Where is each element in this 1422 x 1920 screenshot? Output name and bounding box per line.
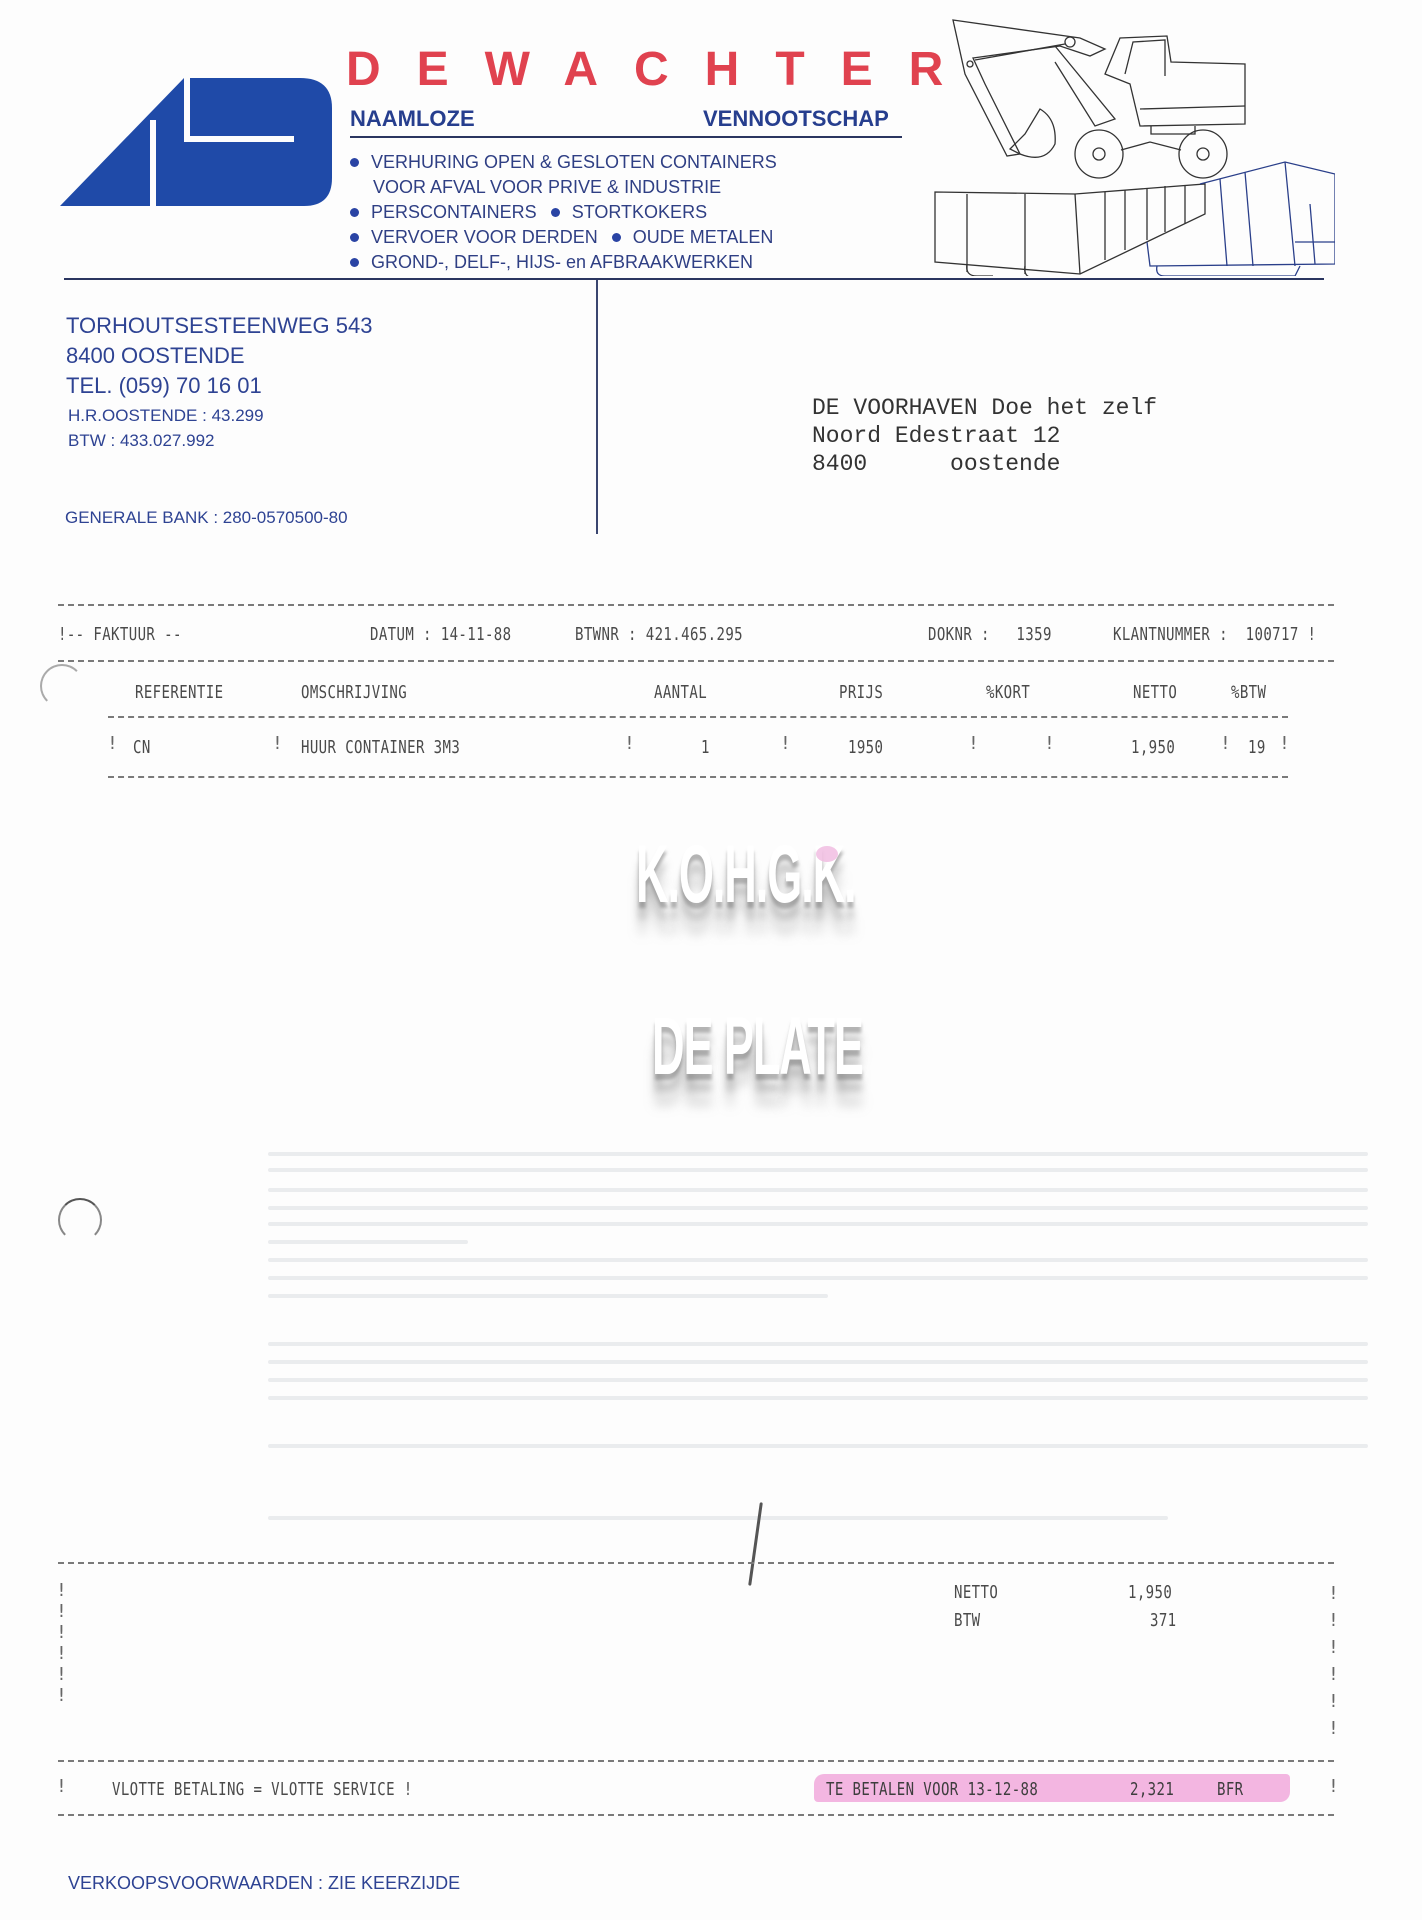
bullet-icon [350, 158, 359, 167]
legal-form-left: NAAMLOZE [350, 106, 475, 132]
cell-aantal: 1 [701, 737, 710, 758]
service-line: VERVOER VOOR DERDENOUDE METALEN [350, 227, 773, 248]
col-header-netto: NETTO [1133, 682, 1177, 703]
footer-border [58, 1814, 1334, 1816]
cell-btw: 19 [1248, 737, 1266, 758]
sender-vat: BTW : 433.027.992 [68, 431, 214, 451]
totals-border [58, 1562, 1334, 1564]
box-edge: ! [56, 1776, 67, 1797]
col-header-kort: %KORT [986, 682, 1030, 703]
hole-punch [58, 1198, 102, 1242]
brand-underline [350, 136, 902, 138]
totals-netto-value: 1,950 [1128, 1582, 1172, 1603]
company-logo-icon [60, 78, 332, 206]
row-border [108, 716, 1288, 718]
hole-punch [40, 664, 84, 708]
payment-slogan: VLOTTE BETALING = VLOTTE SERVICE ! [112, 1779, 413, 1800]
excavator-containers-icon [915, 14, 1335, 276]
bullet-icon [350, 208, 359, 217]
recipient-name: DE VOORHAVEN Doe het zelf [812, 395, 1157, 421]
bullet-icon [551, 208, 560, 217]
recipient-street: Noord Edestraat 12 [812, 423, 1060, 449]
table-border [58, 660, 1334, 662]
row-border [108, 776, 1288, 778]
service-line: VOOR AFVAL VOOR PRIVE & INDUSTRIE [373, 177, 721, 198]
legal-form-right: VENNOOTSCHAP [703, 106, 889, 132]
service-line: VERHURING OPEN & GESLOTEN CONTAINERS [350, 152, 777, 173]
company-name: DEWACHTER [346, 46, 979, 94]
col-header-omschrijving: OMSCHRIJVING [301, 682, 407, 703]
invoice-date: DATUM : 14-11-88 [370, 624, 511, 645]
stamp-line-2: DE PLATE [652, 1000, 863, 1094]
col-header-referentie: REFERENTIE [135, 682, 223, 703]
col-header-btw: %BTW [1231, 682, 1266, 703]
bullet-icon [350, 233, 359, 242]
vertical-divider [596, 280, 598, 534]
sender-street: TORHOUTSESTEENWEG 543 [66, 313, 372, 339]
footer-border [58, 1760, 1334, 1762]
invoice-customer-number: KLANTNUMMER : 100717 ! [1113, 624, 1316, 645]
due-date-label: TE BETALEN VOOR 13-12-88 [826, 1779, 1038, 1800]
bullet-icon [612, 233, 621, 242]
bullet-icon [350, 258, 359, 267]
col-header-prijs: PRIJS [839, 682, 883, 703]
box-edge: ! [1328, 1776, 1339, 1797]
cell-omschrijving: HUUR CONTAINER 3M3 [301, 737, 460, 758]
totals-netto-label: NETTO [954, 1582, 998, 1603]
sender-phone: TEL. (059) 70 16 01 [66, 373, 262, 399]
staple [748, 1502, 763, 1586]
due-currency: BFR [1217, 1779, 1244, 1800]
service-line: PERSCONTAINERSSTORTKOKERS [350, 202, 707, 223]
sales-terms-note: VERKOOPSVOORWAARDEN : ZIE KEERZIJDE [68, 1873, 460, 1894]
sender-city: 8400 OOSTENDE [66, 343, 245, 369]
invoice-doc-number: DOKNR : 1359 [928, 624, 1052, 645]
header-divider [64, 278, 1324, 280]
totals-btw-label: BTW [954, 1610, 981, 1631]
recipient-city: 8400 oostende [812, 451, 1060, 477]
stamp-line-1: K.O.H.G.K. [636, 828, 856, 922]
invoice-vat-number: BTWNR : 421.465.295 [575, 624, 743, 645]
ink-spot [816, 846, 838, 862]
due-amount: 2,321 [1130, 1779, 1174, 1800]
box-edge: !!!!!! [1328, 1580, 1339, 1742]
service-line: GROND-, DELF-, HIJS- en AFBRAAKWERKEN [350, 252, 753, 273]
table-border [58, 604, 1334, 606]
invoice-type: !-- FAKTUUR -- [58, 624, 182, 645]
col-header-aantal: AANTAL [654, 682, 707, 703]
cell-netto: 1,950 [1131, 737, 1175, 758]
cell-prijs: 1950 [848, 737, 883, 758]
totals-btw-value: 371 [1150, 1610, 1177, 1631]
sender-bank: GENERALE BANK : 280-0570500-80 [65, 508, 348, 528]
cell-referentie: CN [133, 737, 151, 758]
box-edge: !!!!!! [56, 1580, 67, 1706]
sender-registry: H.R.OOSTENDE : 43.299 [68, 406, 264, 426]
